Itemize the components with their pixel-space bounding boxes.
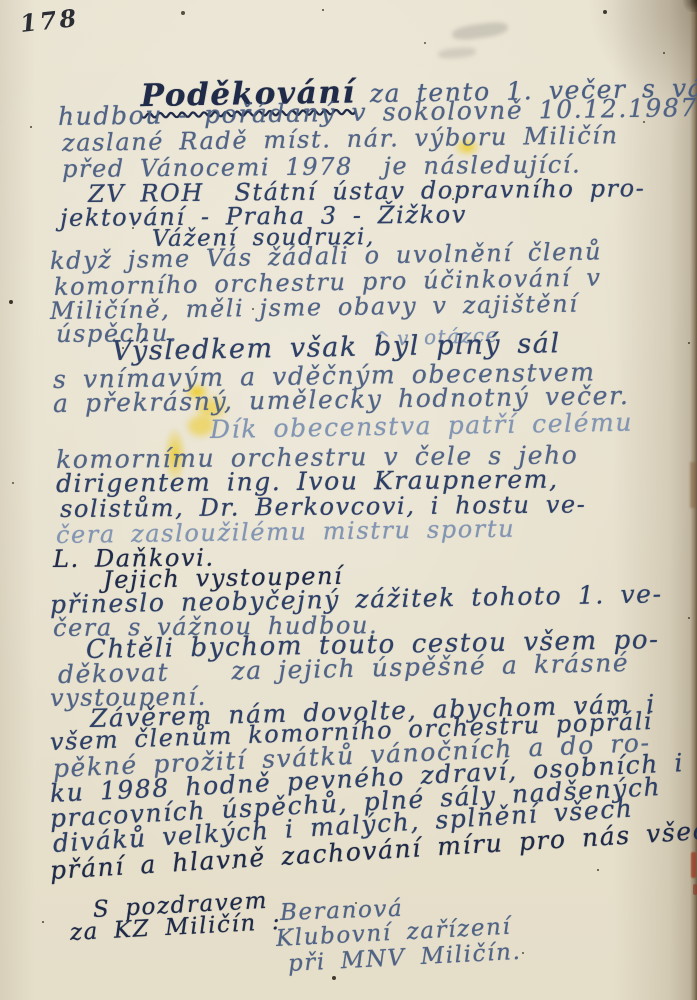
edge-smudge bbox=[690, 462, 696, 508]
handwritten-line: Dík obecenstva patří celému bbox=[210, 410, 634, 444]
page-corner-shadow bbox=[681, 0, 697, 12]
scanned-notebook-page: 178 Poděkováníza tento 1. večer s vážnou… bbox=[0, 0, 697, 1000]
pencil-smudge bbox=[451, 20, 508, 42]
edge-red-mark bbox=[691, 852, 696, 878]
page-number: 178 bbox=[19, 3, 81, 38]
paper-speckles bbox=[0, 0, 2, 2]
edge-red-mark bbox=[693, 884, 697, 895]
